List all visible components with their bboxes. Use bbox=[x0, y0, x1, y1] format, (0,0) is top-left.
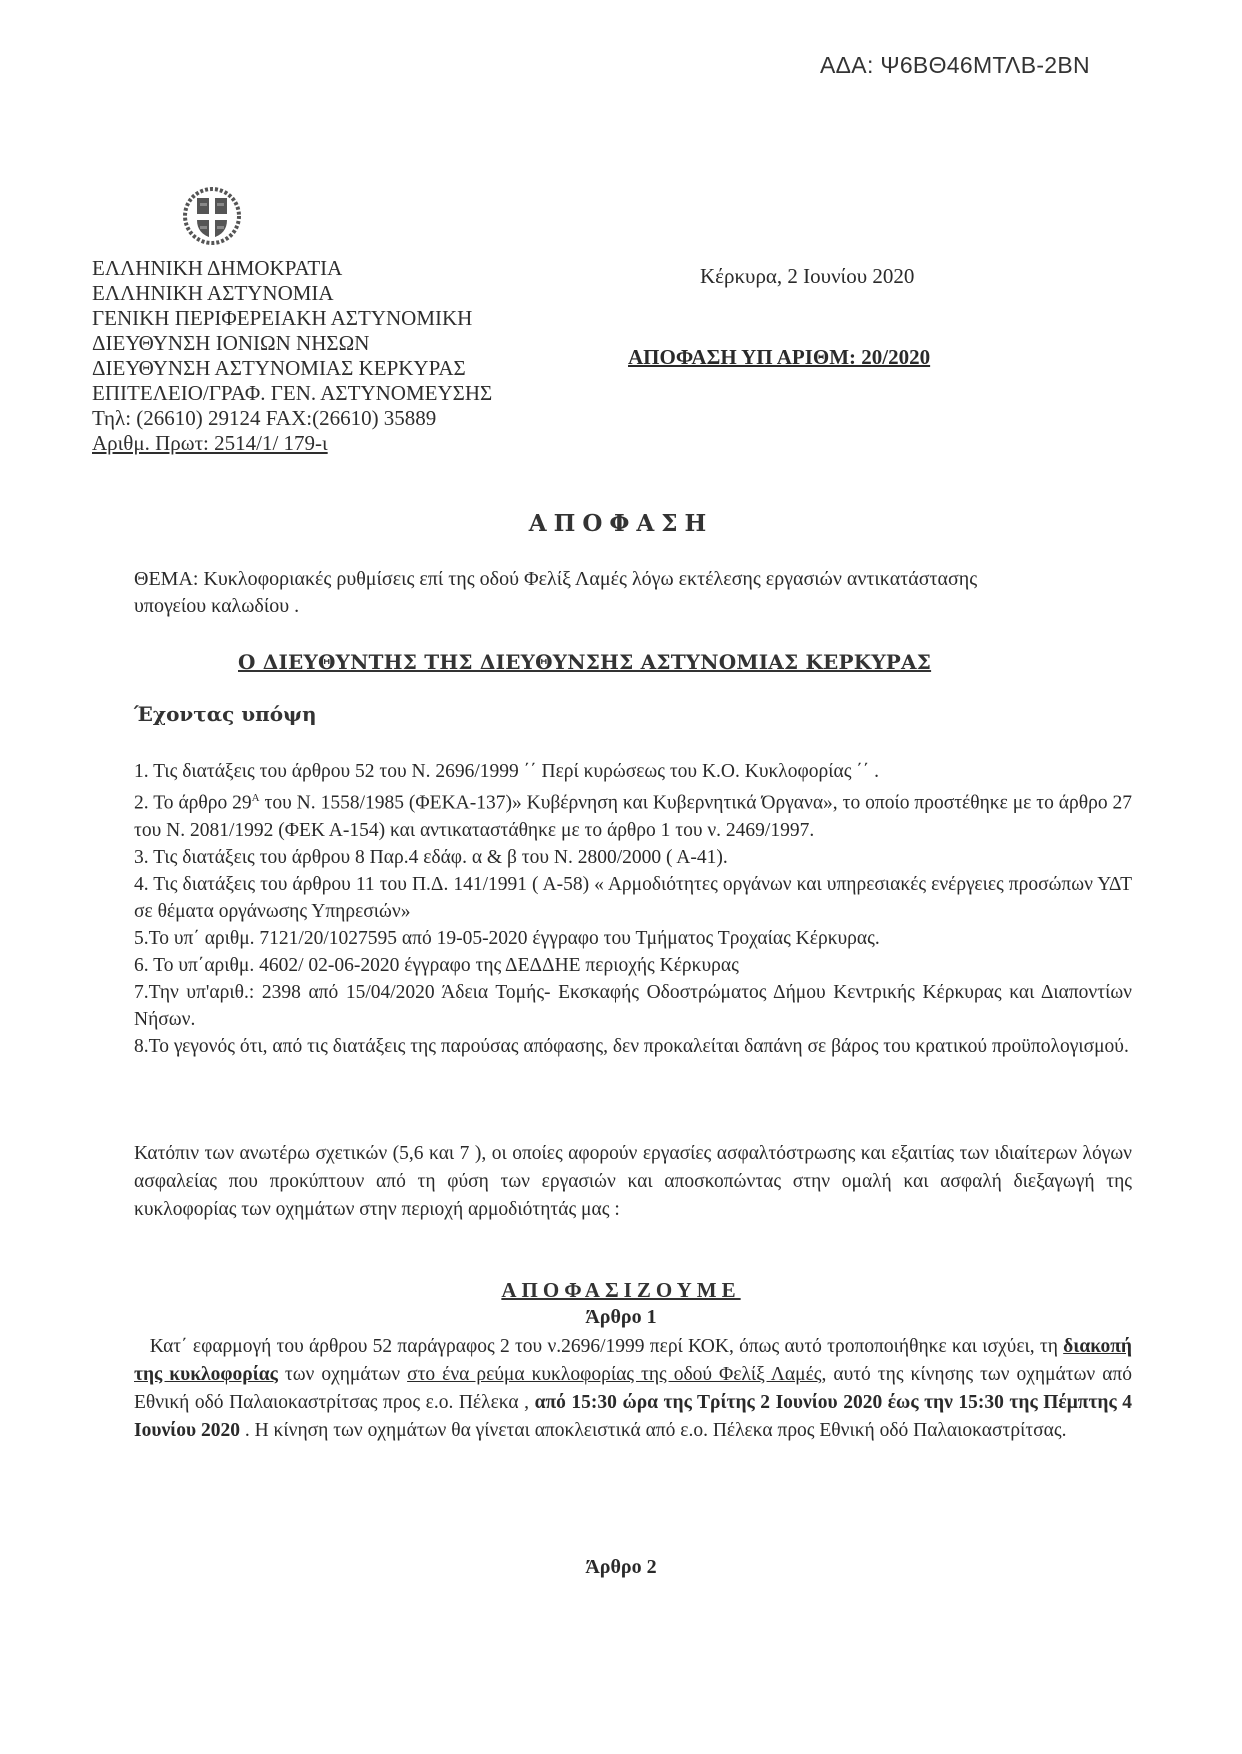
article-text: Κατ΄ εφαρμογή του άρθρου 52 παράγραφος 2… bbox=[150, 1336, 1063, 1357]
header-line: ΕΛΛΗΝΙΚΗ ΑΣΤΥΝΟΜΙΑ bbox=[92, 281, 492, 306]
list-item: 1. Τις διατάξεις του άρθρου 52 του Ν. 26… bbox=[134, 758, 1132, 785]
rationale-paragraph: Κατόπιν των ανωτέρω σχετικών (5,6 και 7 … bbox=[134, 1140, 1132, 1224]
greek-coat-of-arms-icon bbox=[182, 186, 242, 246]
header-line: Τηλ: (26610) 29124 FAX:(26610) 35889 bbox=[92, 406, 492, 431]
issuing-authority-header: ΕΛΛΗΝΙΚΗ ΔΗΜΟΚΡΑΤΙΑ ΕΛΛΗΝΙΚΗ ΑΣΤΥΝΟΜΙΑ Γ… bbox=[92, 256, 492, 456]
document-title: ΑΠΟΦΑΣΗ bbox=[0, 510, 1242, 537]
legal-basis-list: 1. Τις διατάξεις του άρθρου 52 του Ν. 26… bbox=[134, 758, 1132, 1060]
item-text: του Ν. 1558/1985 (ΦΕΚΑ-137)» Κυβέρνηση κ… bbox=[134, 793, 1132, 841]
article-1-body: Κατ΄ εφαρμογή του άρθρου 52 παράγραφος 2… bbox=[134, 1333, 1132, 1445]
article-text: . Η κίνηση των οχημάτων θα γίνεται αποκλ… bbox=[240, 1420, 1067, 1441]
list-item: 7.Την υπ'αριθ.: 2398 από 15/04/2020 Άδει… bbox=[134, 979, 1132, 1033]
considering-heading: Έχοντας υπόψη bbox=[134, 702, 317, 726]
item-text: 2. Το άρθρο 29 bbox=[134, 793, 252, 814]
place-date: Κέρκυρα, 2 Ιουνίου 2020 bbox=[700, 264, 914, 289]
header-line: ΓΕΝΙΚΗ ΠΕΡΙΦΕΡΕΙΑΚΗ ΑΣΤΥΝΟΜΙΚΗ bbox=[92, 306, 492, 331]
article-2-heading: Άρθρο 2 bbox=[0, 1556, 1242, 1579]
article-1-heading: Άρθρο 1 bbox=[0, 1306, 1242, 1329]
article-underlined: στο ένα ρεύμα κυκλοφορίας της οδού Φελίξ… bbox=[407, 1364, 821, 1385]
item-superscript: Α bbox=[252, 792, 260, 804]
list-item: 5.Το υπ΄ αριθμ. 7121/20/1027595 από 19-0… bbox=[134, 925, 1132, 952]
director-heading: Ο ΔΙΕΥΘΥΝΤΗΣ ΤΗΣ ΔΙΕΥΘΥΝΣΗΣ ΑΣΤΥΝΟΜΙΑΣ Κ… bbox=[238, 650, 931, 674]
list-item: 2. Το άρθρο 29Α του Ν. 1558/1985 (ΦΕΚΑ-1… bbox=[134, 785, 1132, 844]
decision-number: ΑΠΟΦΑΣΗ ΥΠ ΑΡΙΘΜ: 20/2020 bbox=[628, 345, 930, 370]
protocol-number: Αριθμ. Πρωτ: 2514/1/ 179-ι bbox=[92, 431, 492, 456]
header-line: ΕΠΙΤΕΛΕΙΟ/ΓΡΑΦ. ΓΕΝ. ΑΣΤΥΝΟΜΕΥΣΗΣ bbox=[92, 381, 492, 406]
subject: ΘΕΜΑ: Κυκλοφοριακές ρυθμίσεις επί της οδ… bbox=[134, 566, 1034, 620]
ada-code: ΑΔΑ: Ψ6ΒΘ46ΜΤΛΒ-2ΒΝ bbox=[820, 52, 1090, 79]
list-item: 4. Τις διατάξεις του άρθρου 11 του Π.Δ. … bbox=[134, 871, 1132, 925]
list-item: 3. Τις διατάξεις του άρθρου 8 Παρ.4 εδάφ… bbox=[134, 844, 1132, 871]
list-item: 6. Το υπ΄αριθμ. 4602/ 02-06-2020 έγγραφο… bbox=[134, 952, 1132, 979]
list-item: 8.Το γεγονός ότι, από τις διατάξεις της … bbox=[134, 1033, 1132, 1060]
header-line: ΕΛΛΗΝΙΚΗ ΔΗΜΟΚΡΑΤΙΑ bbox=[92, 256, 492, 281]
header-line: ΔΙΕΥΘΥΝΣΗ ΙΟΝΙΩΝ ΝΗΣΩΝ bbox=[92, 331, 492, 356]
decide-heading: ΑΠΟΦΑΣΙΖΟΥΜΕ bbox=[0, 1278, 1242, 1303]
article-text: των οχημάτων bbox=[278, 1364, 407, 1385]
header-line: ΔΙΕΥΘΥΝΣΗ ΑΣΤΥΝΟΜΙΑΣ ΚΕΡΚΥΡΑΣ bbox=[92, 356, 492, 381]
